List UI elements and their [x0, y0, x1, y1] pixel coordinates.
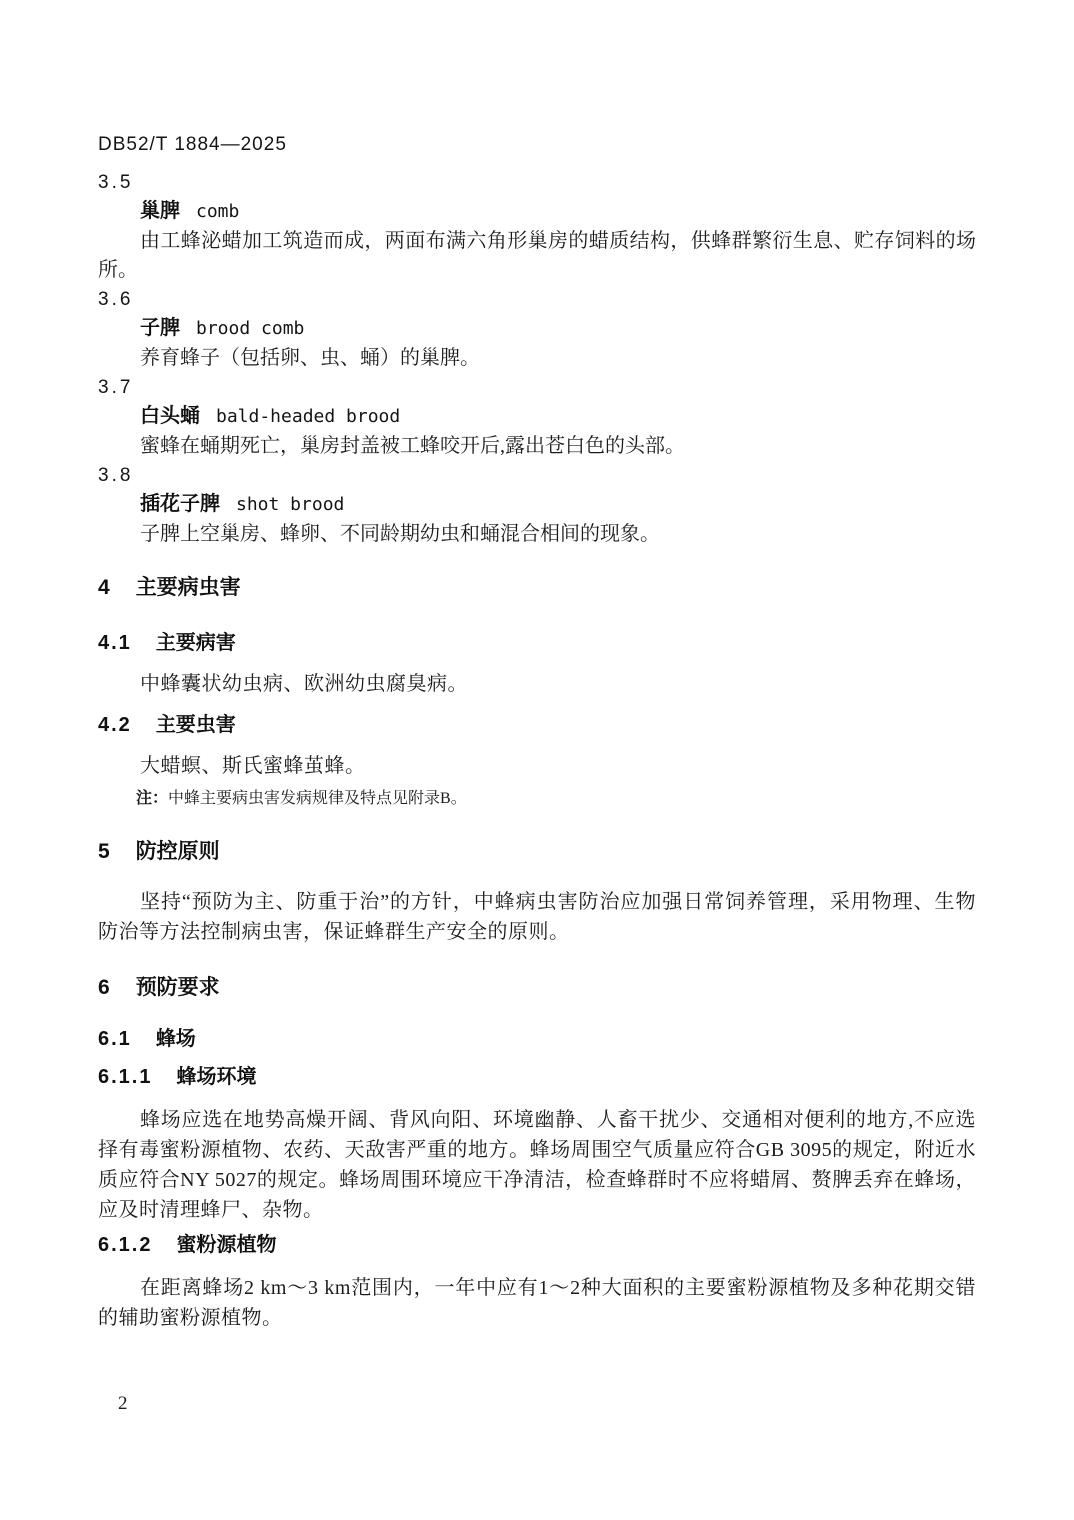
section-4-1-body: 中蜂囊状幼虫病、欧洲幼虫腐臭病。 [98, 669, 976, 699]
term-zh: 白头蛹 [140, 405, 200, 427]
term-clause-number: 3.6 [98, 285, 976, 314]
section-6-number: 6 [98, 973, 112, 1003]
term-line: 插花子脾shot brood [98, 490, 976, 520]
term-zh: 巢脾 [140, 200, 180, 222]
section-6-title: 预防要求 [136, 976, 220, 999]
term-line: 子脾brood comb [98, 314, 976, 344]
term-block-3-6: 3.6 子脾brood comb 养育蜂子（包括卵、虫、蛹）的巢脾。 [98, 285, 976, 373]
section-4-2-title: 主要虫害 [156, 714, 236, 736]
section-6-1-title: 蜂场 [156, 1028, 196, 1050]
section-6-1-2-body: 在距离蜂场2 km～3 km范围内，一年中应有1～2种大面积的主要蜜粉源植物及多… [98, 1273, 976, 1333]
term-block-3-5: 3.5 巢脾comb 由工蜂泌蜡加工筑造而成，两面布满六角形巢房的蜡质结构，供蜂… [98, 168, 976, 285]
section-4-1-heading: 4.1主要病害 [98, 629, 976, 657]
section-5-body: 坚持“预防为主、防重于治”的方针，中蜂病虫害防治应加强日常饲养管理，采用物理、生… [98, 887, 976, 947]
term-definition: 由工蜂泌蜡加工筑造而成，两面布满六角形巢房的蜡质结构，供蜂群繁衍生息、贮存饲料的… [98, 227, 976, 285]
term-en: bald-headed brood [216, 406, 400, 427]
term-line: 巢脾comb [98, 197, 976, 227]
section-6-1-1-heading: 6.1.1蜂场环境 [98, 1063, 976, 1091]
term-definition: 子脾上空巢房、蜂卵、不同龄期幼虫和蛹混合相间的现象。 [98, 520, 976, 549]
term-line: 白头蛹bald-headed brood [98, 402, 976, 432]
page-number: 2 [118, 1393, 128, 1415]
term-clause-number: 3.8 [98, 461, 976, 490]
section-6-1-heading: 6.1蜂场 [98, 1025, 976, 1053]
section-4-number: 4 [98, 573, 112, 603]
section-4-1-number: 4.1 [98, 629, 132, 657]
section-6-heading: 6预防要求 [98, 973, 976, 1003]
term-zh: 子脾 [140, 317, 180, 339]
section-6-1-2-title: 蜜粉源植物 [176, 1234, 276, 1256]
section-5-title: 防控原则 [136, 840, 220, 863]
terms-section: 3.5 巢脾comb 由工蜂泌蜡加工筑造而成，两面布满六角形巢房的蜡质结构，供蜂… [98, 168, 976, 549]
section-4-1-title: 主要病害 [156, 632, 236, 654]
term-block-3-8: 3.8 插花子脾shot brood 子脾上空巢房、蜂卵、不同龄期幼虫和蛹混合相… [98, 461, 976, 549]
section-6-1-2-heading: 6.1.2蜜粉源植物 [98, 1231, 976, 1259]
note-text: 中蜂主要病虫害发病规律及特点见附录B。 [168, 790, 467, 807]
note-label: 注： [136, 790, 168, 807]
term-en: brood comb [196, 318, 304, 339]
term-definition: 蜜蜂在蛹期死亡，巢房封盖被工蜂咬开后,露出苍白色的头部。 [98, 432, 976, 461]
term-definition: 养育蜂子（包括卵、虫、蛹）的巢脾。 [98, 344, 976, 373]
section-5-heading: 5防控原则 [98, 837, 976, 867]
term-block-3-7: 3.7 白头蛹bald-headed brood 蜜蜂在蛹期死亡，巢房封盖被工蜂… [98, 373, 976, 461]
section-6-1-1-number: 6.1.1 [98, 1063, 152, 1091]
term-en: comb [196, 201, 239, 222]
section-5-number: 5 [98, 837, 112, 867]
section-4-2-heading: 4.2主要虫害 [98, 711, 976, 739]
section-6-1-1-body: 蜂场应选在地势高燥开阔、背风向阳、环境幽静、人畜干扰少、交通相对便利的地方,不应… [98, 1105, 976, 1225]
term-en: shot brood [236, 494, 344, 515]
section-4-2-number: 4.2 [98, 711, 132, 739]
term-clause-number: 3.5 [98, 168, 976, 197]
section-4-2-note: 注：中蜂主要病虫害发病规律及特点见附录B。 [98, 787, 976, 811]
section-6-1-number: 6.1 [98, 1025, 132, 1053]
term-clause-number: 3.7 [98, 373, 976, 402]
section-6-1-2-number: 6.1.2 [98, 1231, 152, 1259]
section-4-2-body: 大蜡螟、斯氏蜜蜂茧蜂。 [98, 751, 976, 781]
section-6-1-1-title: 蜂场环境 [176, 1066, 256, 1088]
section-4-heading: 4主要病虫害 [98, 573, 976, 603]
section-4-title: 主要病虫害 [136, 576, 241, 599]
term-zh: 插花子脾 [140, 493, 220, 515]
document-page: DB52/T 1884—2025 3.5 巢脾comb 由工蜂泌蜡加工筑造而成，… [0, 0, 1074, 1520]
doc-number-header: DB52/T 1884—2025 [98, 130, 976, 160]
